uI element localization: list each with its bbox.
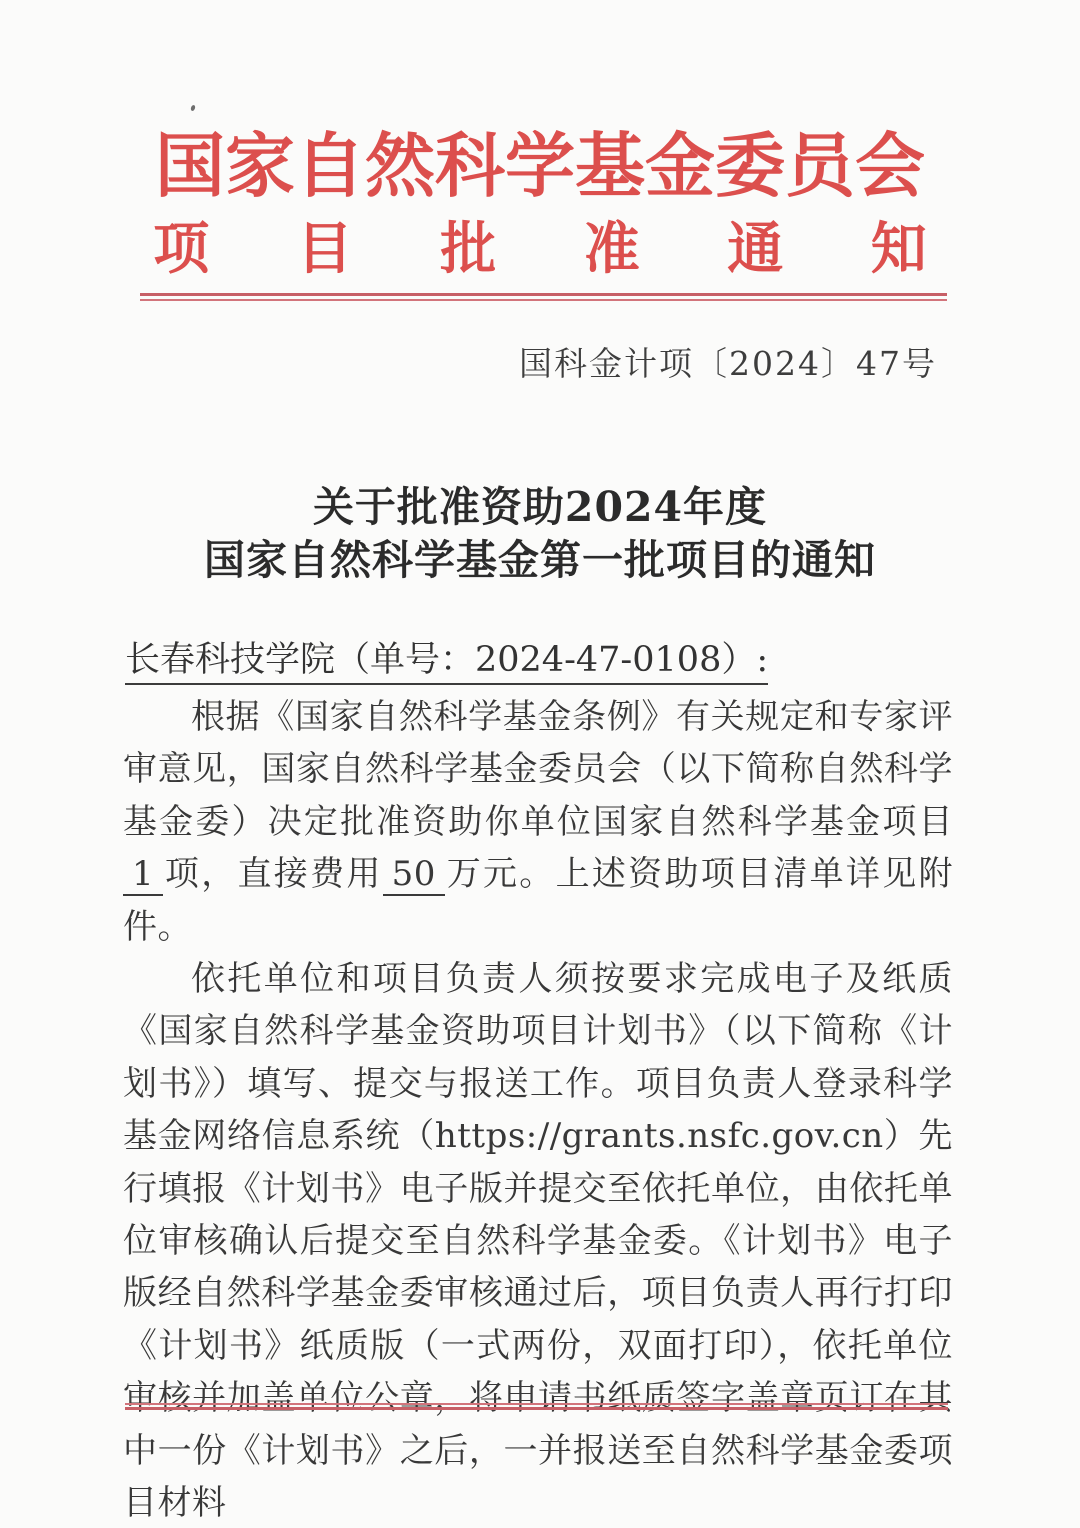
salutation: 长春科技学院（单号：2024-47-0108）: — [125, 638, 768, 682]
notice-title-line1: 关于批准资助2024年度 — [0, 481, 1080, 534]
salutation-text: 长春科技学院（单号：2024-47-0108）: — [125, 640, 768, 685]
paragraph-segment: 项，直接费用 — [163, 854, 383, 894]
doc-number: 国科金计项〔2024〕47号 — [519, 344, 937, 384]
footer-rule — [125, 1403, 948, 1410]
document-page: 国家自然科学基金委员会 项 目 批 准 通 知 国科金计项〔2024〕47号 关… — [0, 0, 1080, 1528]
paragraph-segment: 根据《国家自然科学基金条例》有关规定和专家评审意见，国家自然科学基金委员会（以下… — [123, 697, 953, 842]
footer-rule-thick — [125, 1407, 948, 1410]
doc-type-heading: 项 目 批 准 通 知 — [0, 212, 1080, 286]
paragraph: 依托单位和项目负责人须按要求完成电子及纸质《国家自然科学基金资助项目计划书》（以… — [123, 953, 953, 1528]
paragraph: 根据《国家自然科学基金条例》有关规定和专家评审意见，国家自然科学基金委员会（以下… — [123, 691, 953, 953]
header-rule-thin — [140, 299, 947, 301]
header-rule — [140, 293, 947, 301]
paragraph-segment: 依托单位和项目负责人须按要求完成电子及纸质《国家自然科学基金资助项目计划书》（以… — [123, 959, 953, 1523]
footer-rule-thin — [125, 1403, 948, 1405]
header-rule-thick — [140, 293, 947, 296]
filled-blank-value: 1 — [123, 854, 163, 896]
org-name: 国家自然科学基金委员会 — [0, 116, 1080, 216]
notice-title: 关于批准资助2024年度 国家自然科学基金第一批项目的通知 — [0, 481, 1080, 587]
notice-title-line2: 国家自然科学基金第一批项目的通知 — [0, 534, 1080, 587]
scan-speck — [190, 104, 196, 111]
filled-blank-value: 50 — [383, 854, 445, 896]
